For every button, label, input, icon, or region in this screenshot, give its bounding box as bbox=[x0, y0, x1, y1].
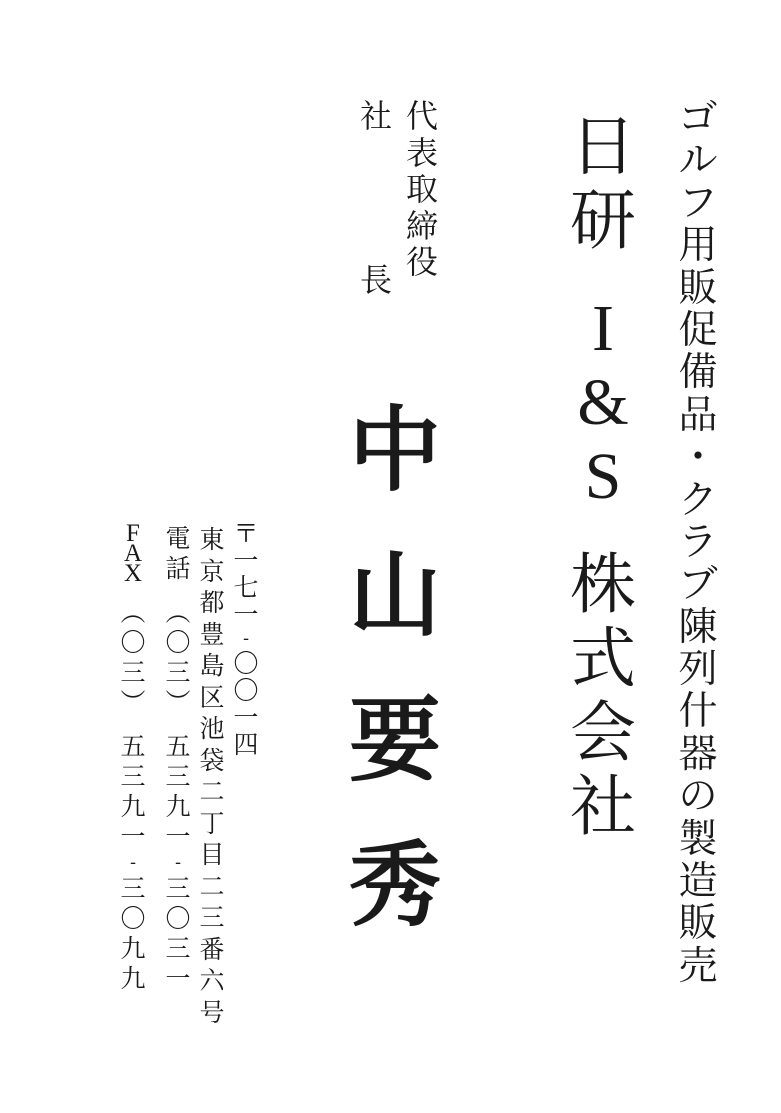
address-char: 号 bbox=[199, 997, 224, 1029]
address-char: 番 bbox=[199, 934, 224, 966]
postal-char: 一 bbox=[233, 547, 258, 574]
title-char: 締 bbox=[406, 208, 438, 245]
business-card: ゴ ル フ 用 販 促 備 品 ・ ク ラ ブ 陳 列 什 器 の 製 造 販 … bbox=[0, 0, 781, 1113]
tagline-char: の bbox=[678, 776, 717, 818]
tagline-char: ブ bbox=[678, 564, 717, 606]
postal-char: 一 bbox=[233, 601, 258, 628]
address-char: 東 bbox=[199, 524, 224, 556]
address-char: 袋 bbox=[199, 745, 224, 777]
tagline-char: 製 bbox=[678, 819, 717, 861]
tagline-char: 器 bbox=[678, 734, 717, 776]
tel-char: 三 bbox=[165, 874, 190, 904]
postal-char: 四 bbox=[233, 731, 258, 758]
address-char: 池 bbox=[199, 713, 224, 745]
name-char: 中 bbox=[349, 378, 441, 523]
tagline-char: 備 bbox=[678, 352, 717, 394]
tagline-char: 品 bbox=[678, 395, 717, 437]
tel-char: ︶ bbox=[165, 688, 190, 718]
title-char: 長 bbox=[360, 262, 392, 299]
fax: F A X ︵ 〇 三 ︶ 五 三 九 一 - 三 〇 九 九 bbox=[115, 524, 151, 994]
tel-char: 〇 bbox=[165, 628, 190, 658]
address-char: 六 bbox=[199, 965, 224, 997]
address-char: 豊 bbox=[199, 619, 224, 651]
company-char: 式 bbox=[570, 622, 636, 696]
tel-dash: - bbox=[175, 852, 181, 874]
fax-char: 三 bbox=[120, 762, 145, 792]
tagline: ゴ ル フ 用 販 促 備 品 ・ ク ラ ブ 陳 列 什 器 の 製 造 販 … bbox=[670, 98, 726, 988]
tagline-char: ラ bbox=[678, 522, 717, 564]
address-char: 目 bbox=[199, 839, 224, 871]
address-char: 島 bbox=[199, 650, 224, 682]
company-char: & bbox=[577, 366, 628, 440]
street-address: 東 京 都 豊 島 区 池 袋 二 丁 目 二 三 番 六 号 bbox=[194, 524, 230, 1028]
tel-char: 三 bbox=[165, 762, 190, 792]
tel-label-char: 話 bbox=[165, 554, 190, 584]
tagline-char: 造 bbox=[678, 861, 717, 903]
fax-char: 五 bbox=[120, 732, 145, 762]
job-title-line2: 社 長 bbox=[354, 98, 398, 298]
tel-char: 五 bbox=[165, 732, 190, 762]
tagline-char: 用 bbox=[678, 225, 717, 267]
tel-char: 一 bbox=[165, 964, 190, 994]
address-char: 区 bbox=[199, 682, 224, 714]
postal-mark-icon: 〒 bbox=[233, 520, 258, 547]
company-char: 研 bbox=[570, 184, 636, 258]
tagline-char: フ bbox=[678, 183, 717, 225]
tel-label-char: 電 bbox=[165, 524, 190, 554]
fax-char: 〇 bbox=[120, 628, 145, 658]
company-char: S bbox=[585, 440, 622, 514]
address-char: 二 bbox=[199, 871, 224, 903]
tel-char: 一 bbox=[165, 822, 190, 852]
job-title-line1: 代 表 取 締 役 bbox=[400, 98, 444, 281]
tel-char: 九 bbox=[165, 792, 190, 822]
tel-char: 三 bbox=[165, 934, 190, 964]
fax-dash: - bbox=[130, 852, 136, 874]
title-char: 代 bbox=[406, 98, 438, 135]
title-char: 表 bbox=[406, 135, 438, 172]
address-char: 二 bbox=[199, 776, 224, 808]
fax-label-char: X bbox=[124, 564, 142, 584]
tagline-char: 売 bbox=[678, 946, 717, 988]
fax-char: 三 bbox=[120, 874, 145, 904]
company-char: 株 bbox=[570, 548, 636, 622]
tagline-char: 陳 bbox=[678, 607, 717, 649]
fax-char: 九 bbox=[120, 964, 145, 994]
fax-char: ︶ bbox=[120, 688, 145, 718]
postal-char: 七 bbox=[233, 574, 258, 601]
tagline-char: 販 bbox=[678, 903, 717, 945]
name-char: 要 bbox=[349, 668, 441, 813]
title-char: 取 bbox=[406, 171, 438, 208]
tel-char: 三 bbox=[165, 658, 190, 688]
address-char: 三 bbox=[199, 902, 224, 934]
postal-char: 〇 bbox=[233, 650, 258, 677]
fax-char: 三 bbox=[120, 658, 145, 688]
fax-char: ︵ bbox=[120, 598, 145, 628]
tel-char: ︵ bbox=[165, 598, 190, 628]
company-char: 日 bbox=[570, 110, 636, 184]
name-char: 秀 bbox=[349, 813, 441, 958]
fax-char: 一 bbox=[120, 822, 145, 852]
tagline-char: ル bbox=[678, 140, 717, 182]
tagline-char: 販 bbox=[678, 268, 717, 310]
telephone: 電 話 ︵ 〇 三 ︶ 五 三 九 一 - 三 〇 三 一 bbox=[160, 524, 196, 994]
postal-char: 〇 bbox=[233, 677, 258, 704]
postal-dash: - bbox=[243, 628, 249, 650]
person-name: 中 山 要 秀 bbox=[340, 378, 450, 958]
tel-char: 〇 bbox=[165, 904, 190, 934]
company-name: 日 研 I & S 株 式 会 社 bbox=[558, 110, 648, 844]
postal-char: 一 bbox=[233, 704, 258, 731]
fax-char: 〇 bbox=[120, 904, 145, 934]
title-char: 社 bbox=[360, 98, 392, 135]
company-char: I bbox=[592, 292, 614, 366]
address-char: 丁 bbox=[199, 808, 224, 840]
tagline-char: ゴ bbox=[678, 98, 717, 140]
fax-char: 九 bbox=[120, 934, 145, 964]
tagline-char: ・ bbox=[678, 437, 717, 479]
tagline-char: ク bbox=[678, 480, 717, 522]
company-char: 社 bbox=[570, 770, 636, 844]
tagline-char: 什 bbox=[678, 691, 717, 733]
fax-char: 九 bbox=[120, 792, 145, 822]
tagline-char: 促 bbox=[678, 310, 717, 352]
address-char: 京 bbox=[199, 556, 224, 588]
postal-code: 〒 一 七 一 - 〇 〇 一 四 bbox=[228, 520, 264, 758]
address-char: 都 bbox=[199, 587, 224, 619]
name-char: 山 bbox=[349, 523, 441, 668]
company-char: 会 bbox=[570, 696, 636, 770]
title-char: 役 bbox=[406, 244, 438, 281]
tagline-char: 列 bbox=[678, 649, 717, 691]
